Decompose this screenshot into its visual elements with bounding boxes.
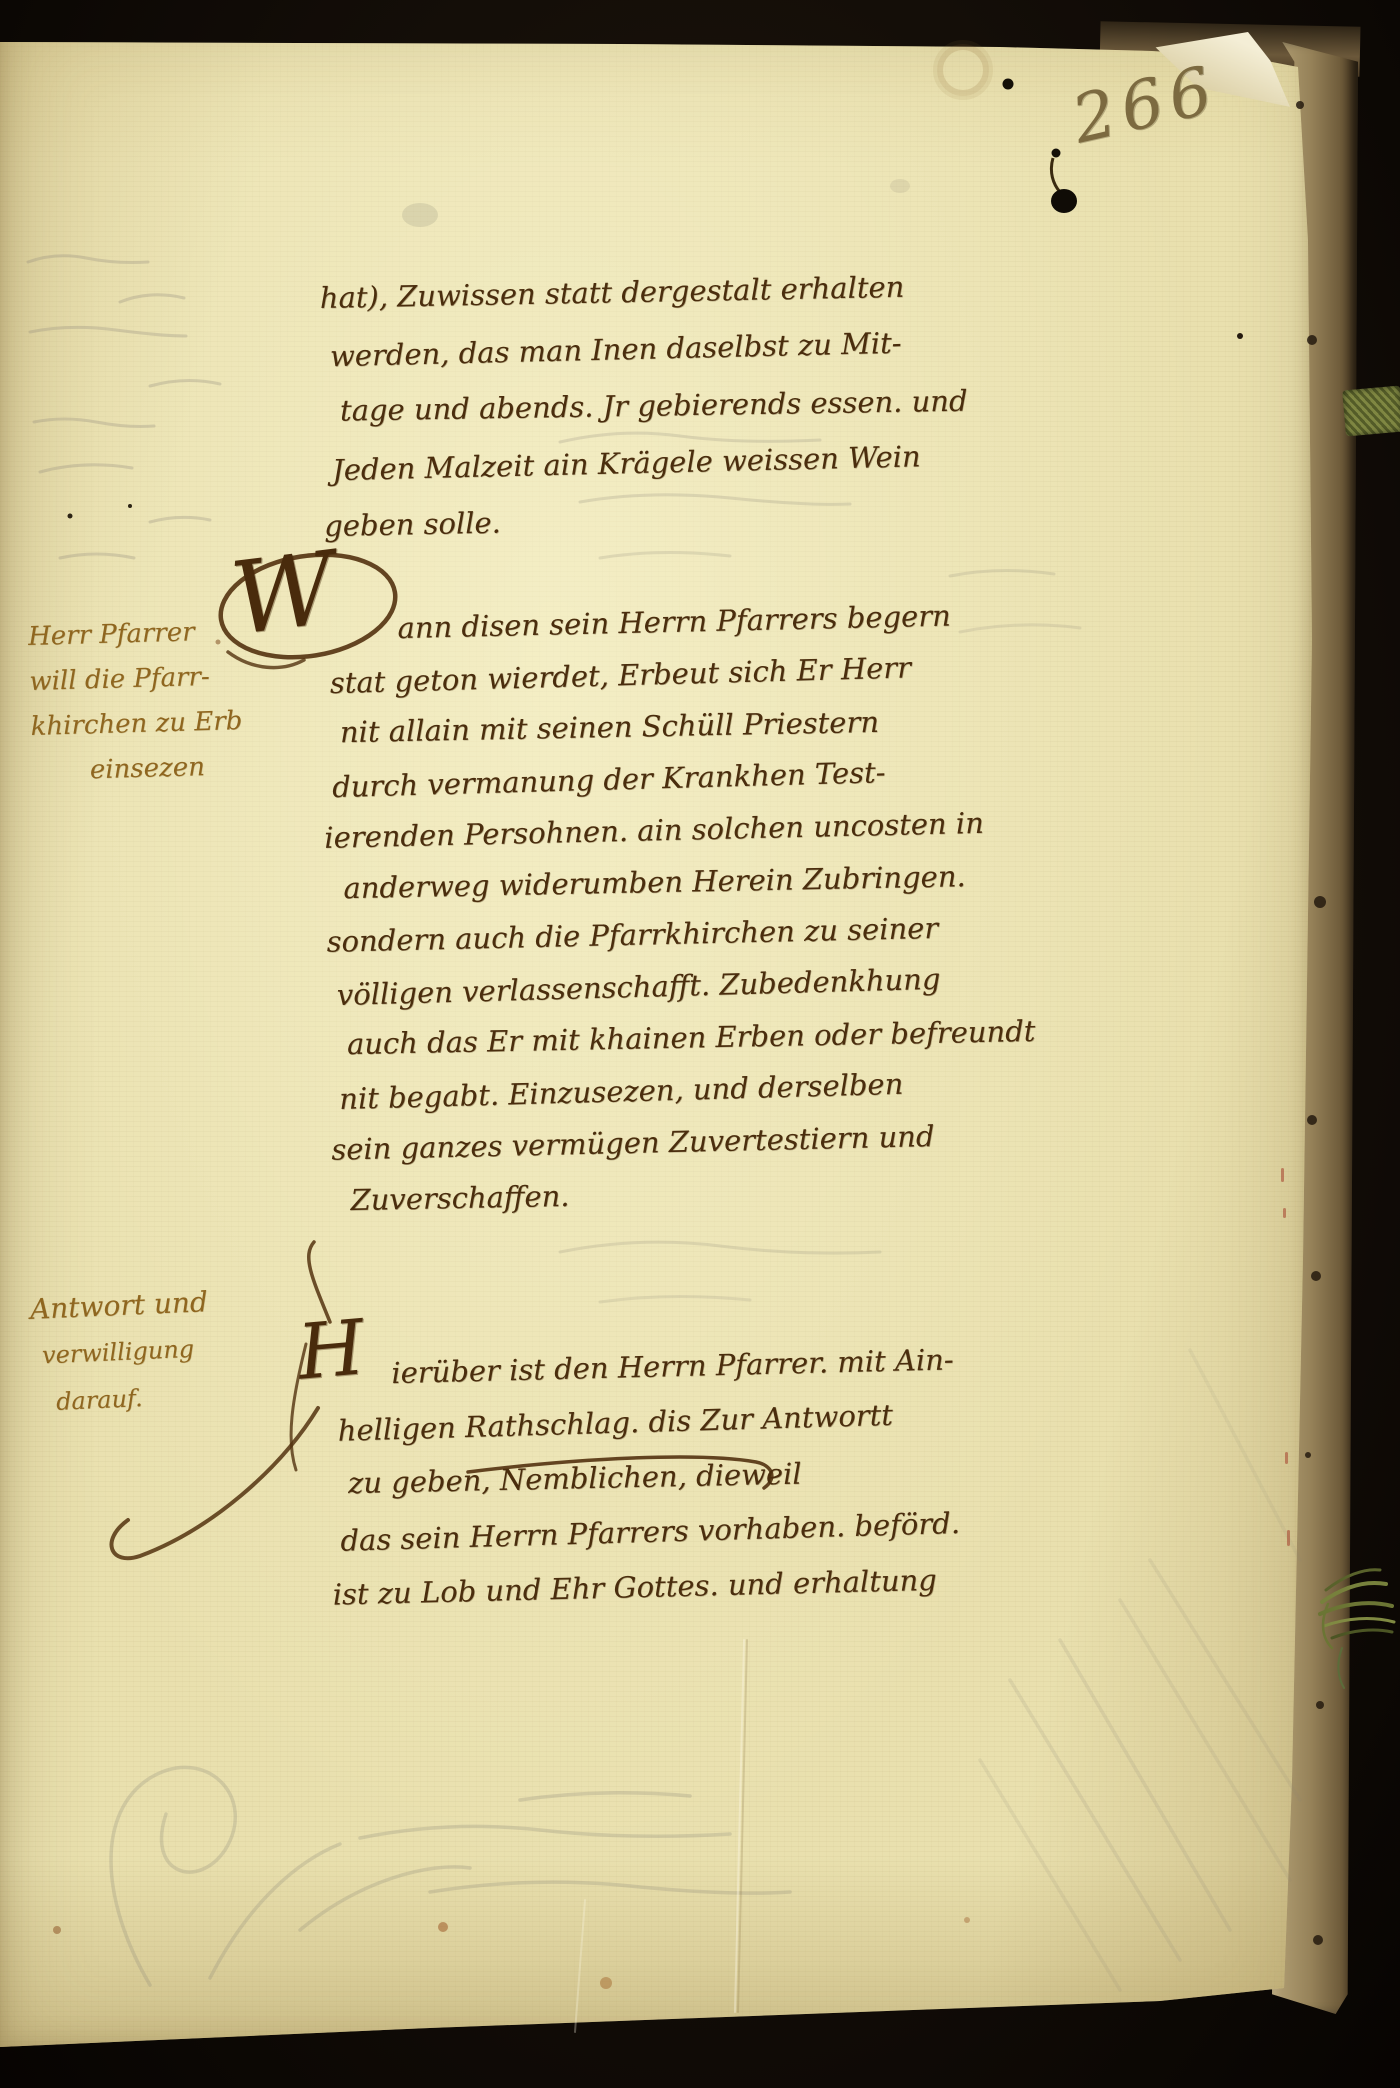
body-paragraph-1: hat), Zuwissen statt dergestalt erhalten… [319,258,952,555]
margin-note-line: einsezen [89,742,302,793]
manuscript-photograph: 266 hat), Zuwissen statt dergestalt erha… [0,0,1400,2088]
margin-note-line: darauf. [55,1371,235,1426]
margin-note-2: Antwort und verwilligung darauf. [29,1278,213,1427]
text-line-left: zu geben, [348,1463,491,1500]
body-paragraph-2: ann disen sein Herrn Pfarrers begern sta… [319,588,1021,1227]
margin-note-line: verwilligung [41,1325,221,1380]
text-line-right: Nemblichen, dieweil [499,1457,802,1497]
body-paragraph-3: ierüber ist den Herrn Pfarrer. mit Ain- … [327,1332,960,1622]
margin-note-line: Antwort und [29,1278,209,1333]
margin-note-line: khirchen zu Erb [30,699,243,750]
margin-note-line: will die Pfarr- [29,654,242,705]
margin-note-1: Herr Pfarrer will die Pfarr- khirchen zu… [28,609,245,795]
margin-note-line: Herr Pfarrer [28,609,241,660]
folio-number: 266 [1065,50,1226,158]
page-content: 266 hat), Zuwissen statt dergestalt erha… [0,0,1400,2088]
